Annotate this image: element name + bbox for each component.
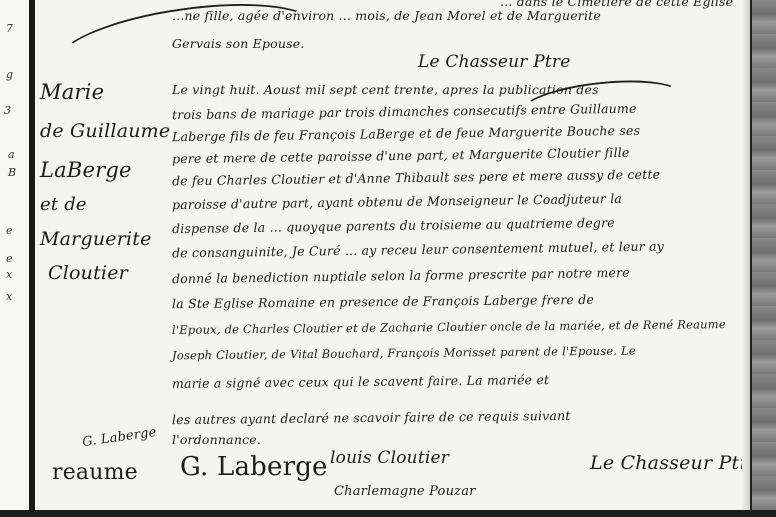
facing-page-fragment: 7: [6, 22, 13, 35]
facing-page-fragment: e: [6, 252, 13, 265]
margin-note-line: Marguerite: [40, 228, 152, 250]
priest-signature-bottom: Le Chasseur Ptre: [590, 452, 760, 474]
facing-page-fragment: g: [6, 68, 13, 81]
register-page: 7 g 3 a B e e x x ... dans le Cimetiere …: [0, 0, 776, 517]
record-line: de feu Charles Cloutier et d'Anne Thibau…: [172, 167, 660, 189]
facing-page-fragment: e: [6, 224, 13, 237]
facing-page-strip: 7 g 3 a B e e x x: [0, 0, 30, 512]
margin-note-line: et de: [40, 194, 87, 215]
record-line: l'Epoux, de Charles Cloutier et de Zacha…: [172, 317, 726, 337]
margin-note-line: Marie: [40, 80, 104, 104]
record-line: Laberge fils de feu François LaBerge et …: [172, 123, 640, 145]
record-line: la Ste Eglise Romaine en presence de Fra…: [172, 292, 594, 311]
facing-page-fragment: B: [8, 166, 16, 179]
signature-laberge-small: G. Laberge: [81, 425, 157, 450]
margin-note-line: LaBerge: [40, 158, 132, 182]
facing-page-fragment: a: [8, 148, 15, 161]
margin-note-line: Cloutier: [48, 262, 128, 284]
record-line: les autres ayant declaré ne scavoir fair…: [172, 408, 571, 427]
record-line: paroisse d'autre part, ayant obtenu de M…: [172, 191, 622, 212]
record-line: donné la benediction nuptiale selon la f…: [172, 265, 630, 286]
record-line: dispense de la ... quoyque parents du tr…: [172, 215, 615, 236]
page-bottom-edge: [0, 510, 776, 517]
signature-pouzar: Charlemagne Pouzar: [334, 484, 476, 499]
signature-cloutier: louis Cloutier: [330, 448, 449, 468]
signature-reaume: reaume: [52, 460, 138, 485]
record-line: Le vingt huit. Aoust mil sept cent trent…: [172, 82, 599, 97]
stacked-page-edges: [752, 0, 776, 517]
facing-page-fragment: x: [6, 268, 12, 281]
priest-signature-top: Le Chasseur Ptre: [418, 52, 571, 72]
binding-gutter: [29, 0, 35, 512]
signature-laberge: G. Laberge: [180, 452, 328, 482]
previous-entry-line: Gervais son Epouse.: [172, 36, 305, 51]
record-line: marie a signé avec ceux qui le scavent f…: [172, 372, 549, 391]
margin-note-line: de Guillaume: [40, 120, 170, 142]
record-line: de consanguinite, Je Curé ... ay receu l…: [172, 239, 664, 261]
previous-entry-line: ...ne fille, agée d'environ ... mois, de…: [172, 8, 601, 23]
record-line: pere et mere de cette paroisse d'une par…: [172, 145, 630, 166]
record-line: l'ordonnance.: [172, 432, 261, 447]
facing-page-fragment: x: [6, 290, 12, 303]
page-edge-fold: [742, 0, 750, 517]
facing-page-fragment: 3: [4, 104, 11, 117]
record-line: Joseph Cloutier, de Vital Bouchard, Fran…: [172, 344, 636, 363]
